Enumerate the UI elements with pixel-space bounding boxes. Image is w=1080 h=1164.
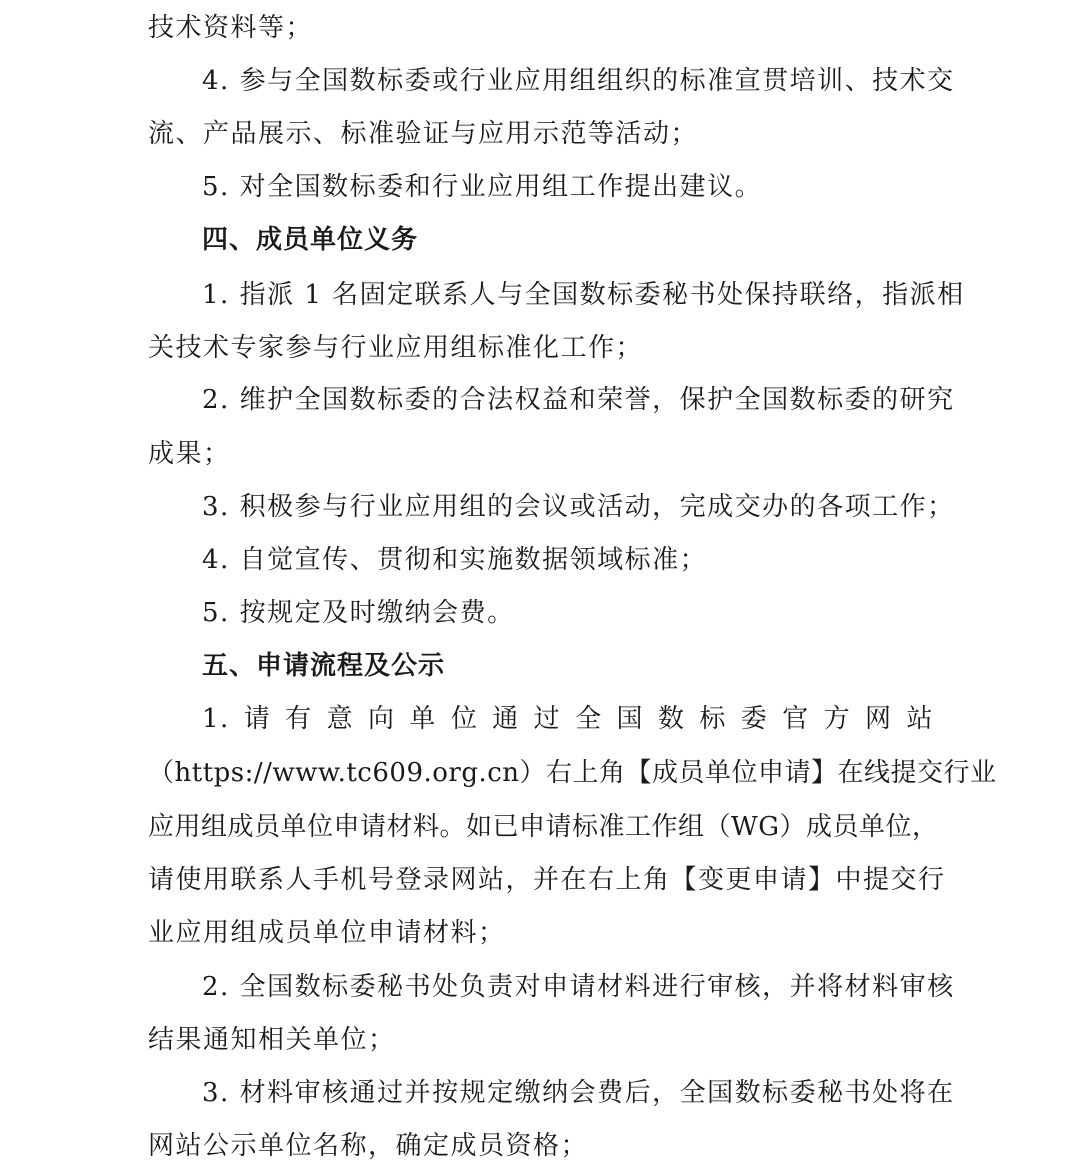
spread-char: 通 — [492, 699, 520, 739]
spread-char: 单 — [409, 699, 437, 739]
document-page: 技术资料等； 4. 参与全国数标委或行业应用组组织的标准宣贯培训、技术交 流、产… — [0, 0, 1080, 1164]
spread-char: 数 — [658, 699, 686, 739]
section-heading-obligations: 四、成员单位义务 — [202, 220, 934, 260]
spread-char: 过 — [534, 699, 562, 739]
spread-char: 网 — [865, 699, 893, 739]
list-item-obligations-3: 3. 积极参与行业应用组的会议或活动，完成交办的各项工作； — [202, 487, 934, 527]
spread-char: 意 — [327, 699, 355, 739]
text-line: 请使用联系人手机号登录网站，并在右上角【变更申请】中提交行 — [148, 860, 934, 900]
list-item-obligations-5: 5. 按规定及时缴纳会费。 — [202, 593, 934, 633]
list-item-rights-4: 4. 参与全国数标委或行业应用组组织的标准宣贯培训、技术交 — [202, 61, 934, 101]
spread-char: 站 — [906, 699, 934, 739]
text-line: 关技术专家参与行业应用组标准化工作； — [148, 328, 934, 368]
text-line: 网站公示单位名称，确定成员资格； — [148, 1126, 934, 1164]
spread-char: 官 — [782, 699, 810, 739]
spread-char: 方 — [824, 699, 852, 739]
spread-char: 国 — [617, 699, 645, 739]
list-item-process-2: 2. 全国数标委秘书处负责对申请材料进行审核，并将材料审核 — [202, 967, 934, 1007]
text-line: 业应用组成员单位申请材料； — [148, 913, 934, 953]
spread-char: 1. — [202, 699, 230, 739]
section-heading-application-process: 五、申请流程及公示 — [202, 646, 934, 686]
text-line: 流、产品展示、标准验证与应用示范等活动； — [148, 114, 934, 154]
spread-char: 位 — [451, 699, 479, 739]
spread-char: 有 — [285, 699, 313, 739]
list-item-rights-5: 5. 对全国数标委和行业应用组工作提出建议。 — [202, 167, 934, 207]
spread-char: 标 — [699, 699, 727, 739]
text-line: 技术资料等； — [148, 8, 934, 48]
list-item-obligations-2: 2. 维护全国数标委的合法权益和荣誉，保护全国数标委的研究 — [202, 380, 934, 420]
list-item-process-3: 3. 材料审核通过并按规定缴纳会费后，全国数标委秘书处将在 — [202, 1073, 934, 1113]
spread-char: 全 — [575, 699, 603, 739]
text-line: 应用组成员单位申请材料。如已申请标准工作组（WG）成员单位， — [148, 807, 934, 847]
spread-char: 委 — [741, 699, 769, 739]
text-line: 成果； — [148, 434, 934, 474]
list-item-obligations-4: 4. 自觉宣传、贯彻和实施数据领域标准； — [202, 540, 934, 580]
spread-char: 向 — [368, 699, 396, 739]
text-line: 结果通知相关单位； — [148, 1020, 934, 1060]
list-item-obligations-1: 1. 指派 1 名固定联系人与全国数标委秘书处保持联络，指派相 — [202, 275, 934, 315]
spread-char: 请 — [244, 699, 272, 739]
list-item-process-1: 1. 请 有 意 向 单 位 通 过 全 国 数 标 委 官 方 网 站 — [202, 699, 934, 739]
text-line-with-url: （https://www.tc609.org.cn）右上角【成员单位申请】在线提… — [148, 753, 934, 793]
